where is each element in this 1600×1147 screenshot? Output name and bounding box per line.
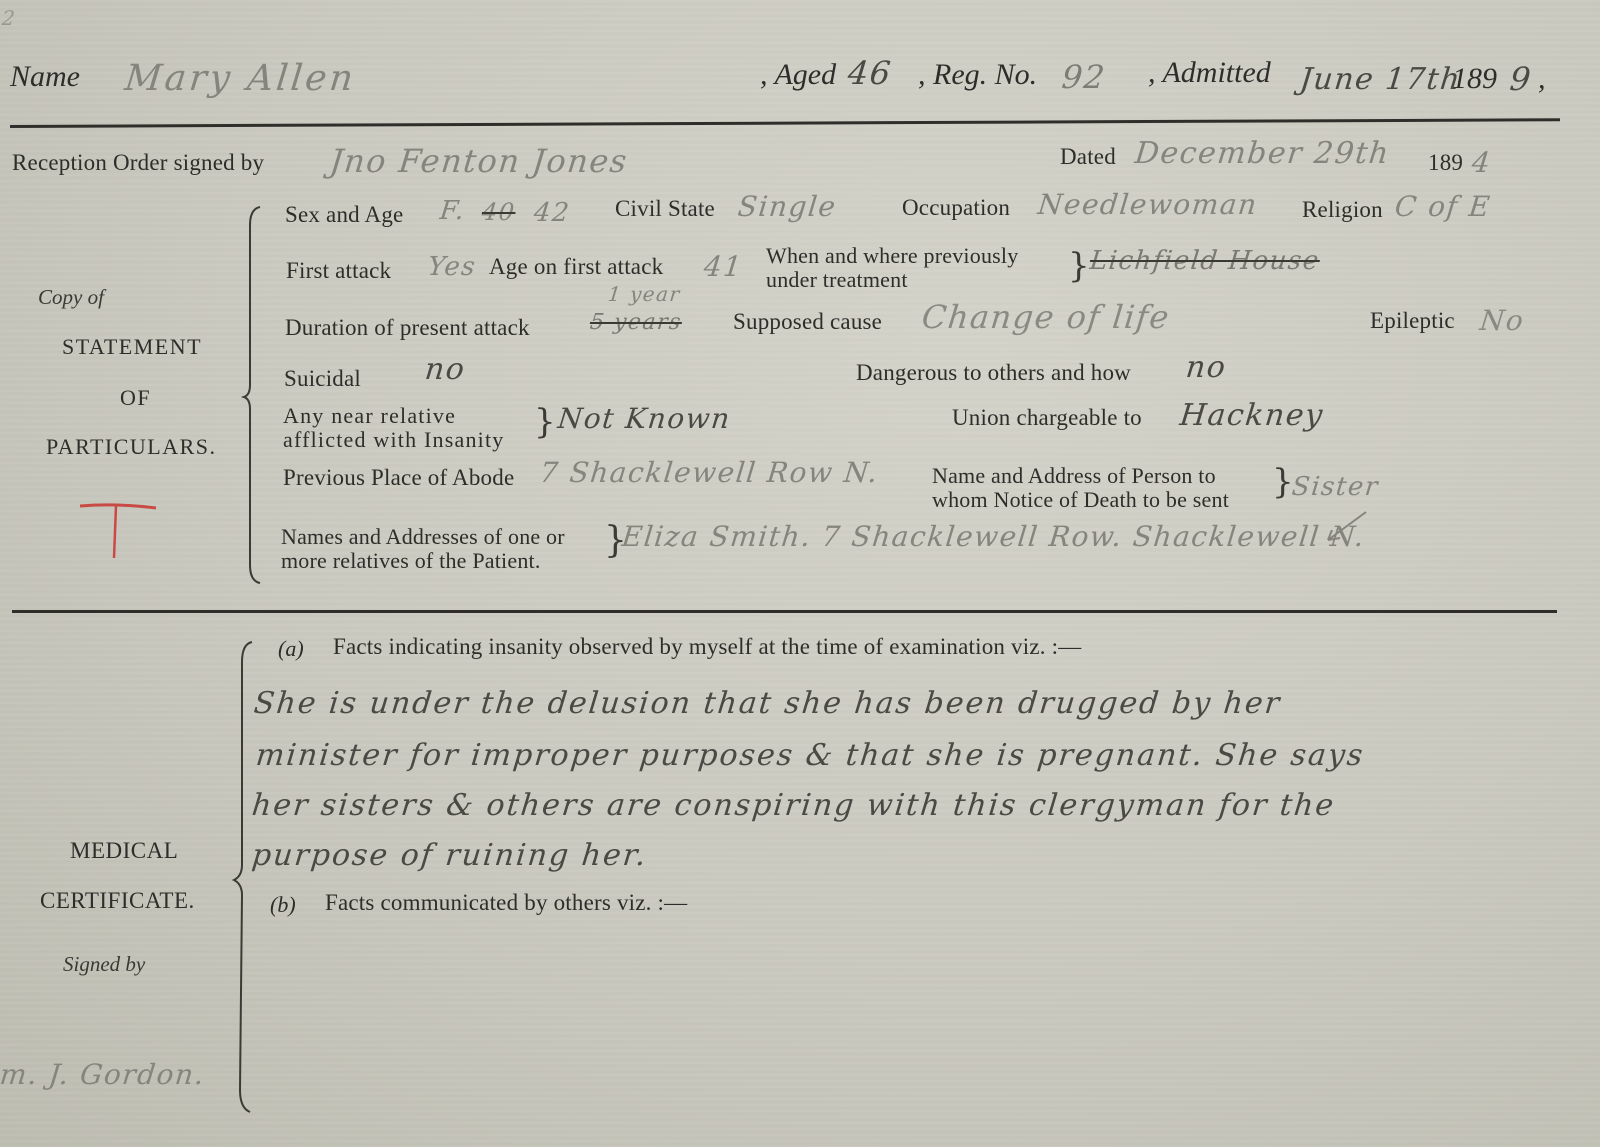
dated-year-prefix: 189	[1428, 150, 1463, 176]
admitted-year-prefix: 189	[1452, 62, 1497, 96]
first-attack-label: First attack	[286, 258, 391, 284]
abode-label: Previous Place of Abode	[283, 465, 514, 491]
facts-b-label: Facts communicated by others viz. :—	[325, 890, 687, 916]
death-notice-label: Name and Address of Person to whom Notic…	[932, 464, 1229, 512]
admitted-label: , Admitted	[1148, 56, 1271, 90]
relative-insanity-brace: }	[534, 402, 556, 442]
header-rule	[10, 118, 1560, 128]
epileptic-value: No	[1478, 304, 1526, 337]
dated-year-suffix: 4	[1470, 146, 1493, 179]
suicidal-value: no	[423, 352, 467, 387]
reg-no-value: 92	[1060, 58, 1108, 96]
religion-value: C of E	[1393, 190, 1492, 223]
statement-title: STATEMENT	[62, 334, 202, 360]
signed-by-label: Signed by	[63, 952, 145, 977]
medical-title: MEDICAL	[70, 838, 178, 864]
medical-brace	[228, 640, 256, 1115]
duration-value: 1 year	[607, 282, 682, 306]
relative-insanity-label: Any near relative afflicted with Insanit…	[283, 404, 504, 452]
dated-label: Dated	[1060, 144, 1116, 170]
previous-treatment-label: When and where previously under treatmen…	[766, 244, 1018, 292]
particulars-title: PARTICULARS.	[46, 434, 217, 460]
facts-a-line-4: purpose of ruining her.	[250, 838, 649, 873]
facts-a-line-2: minister for improper purposes & that sh…	[254, 738, 1366, 773]
dangerous-value: no	[1184, 350, 1228, 385]
age-value: 42	[532, 198, 571, 228]
religion-label: Religion	[1302, 197, 1383, 223]
facts-b-marker: (b)	[270, 892, 296, 918]
medical-signer: m. J. Gordon.	[0, 1058, 207, 1091]
dated-value: December 29th	[1133, 136, 1391, 171]
of-title: OF	[120, 385, 151, 411]
facts-a-marker: (a)	[278, 636, 304, 662]
union-value: Hackney	[1178, 398, 1325, 433]
name-label: Name	[10, 60, 80, 94]
red-t-mark	[76, 498, 162, 564]
margin-mark: 2	[1, 6, 18, 30]
first-attack-value: Yes	[426, 252, 477, 282]
previous-treatment-value: Lichfield House	[1088, 246, 1321, 276]
supposed-cause-label: Supposed cause	[733, 309, 882, 335]
age-struck-value: 40	[481, 198, 517, 226]
statement-brace	[240, 205, 264, 585]
duration-struck-value: 5 years	[589, 310, 684, 335]
suicidal-label: Suicidal	[284, 366, 361, 392]
sex-age-label: Sex and Age	[285, 202, 403, 228]
facts-a-label: Facts indicating insanity observed by my…	[333, 634, 1081, 660]
admitted-year-suffix: 9	[1508, 60, 1534, 98]
reception-order-label: Reception Order signed by	[12, 150, 264, 176]
relatives-value: Eliza Smith. 7 Shacklewell Row. Shacklew…	[620, 520, 1367, 553]
section-rule	[12, 610, 1557, 613]
reg-no-label: , Reg. No.	[918, 58, 1037, 92]
death-notice-value: Sister	[1290, 472, 1380, 502]
occupation-value: Needlewoman	[1036, 188, 1259, 221]
aged-label: , Aged	[760, 58, 836, 92]
aged-value: 46	[846, 54, 894, 92]
header-comma: ,	[1538, 62, 1546, 96]
relative-insanity-value: Not Known	[556, 402, 732, 435]
admitted-date: June 17th	[1298, 62, 1463, 97]
civil-state-value: Single	[736, 190, 838, 223]
age-first-attack-value: 41	[702, 250, 744, 283]
epileptic-label: Epileptic	[1370, 308, 1455, 334]
previous-treatment-brace: }	[1068, 246, 1090, 286]
relatives-label: Names and Addresses of one or more relat…	[281, 525, 565, 573]
facts-a-line-1: She is under the delusion that she has b…	[252, 686, 1283, 721]
supposed-cause-value: Change of life	[920, 298, 1172, 336]
register-page: 2 Name Mary Allen , Aged 46 , Reg. No. 9…	[0, 0, 1600, 1147]
civil-state-label: Civil State	[615, 196, 715, 222]
patient-name: Mary Allen	[123, 58, 358, 99]
reception-order-signer: Jno Fenton Jones	[328, 142, 630, 180]
duration-label: Duration of present attack	[285, 315, 530, 341]
union-label: Union chargeable to	[952, 405, 1142, 431]
dangerous-label: Dangerous to others and how	[856, 360, 1131, 386]
certificate-title: CERTIFICATE.	[40, 888, 195, 914]
age-first-attack-label: Age on first attack	[489, 254, 663, 280]
copy-of-label: Copy of	[38, 285, 104, 310]
facts-a-line-3: her sisters & others are conspiring with…	[250, 788, 1337, 823]
occupation-label: Occupation	[902, 195, 1010, 221]
sex-value: F.	[438, 196, 466, 226]
abode-value: 7 Shacklewell Row N.	[538, 456, 880, 489]
